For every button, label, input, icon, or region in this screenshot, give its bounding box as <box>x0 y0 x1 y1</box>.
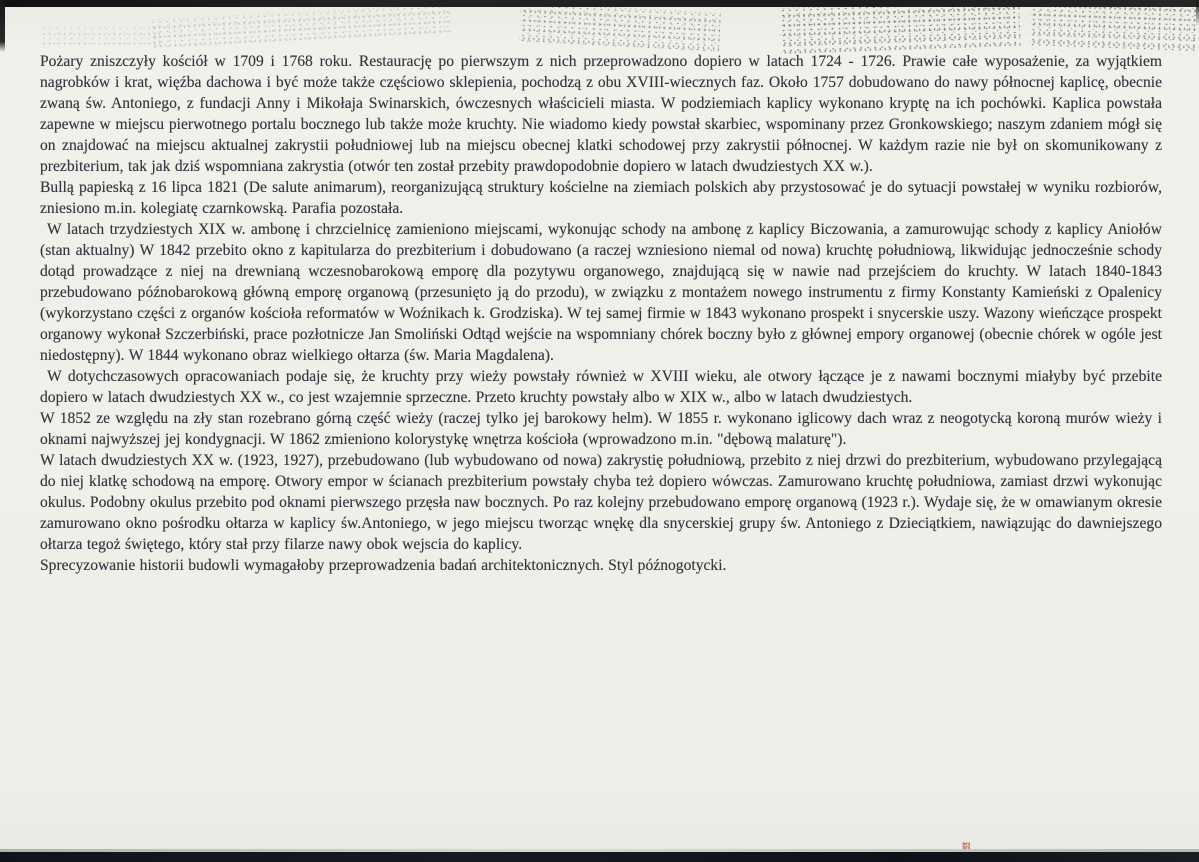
document-text: Pożary zniszczyły kościół w 1709 i 1768 … <box>40 51 1162 576</box>
paragraph-papal-bull: Bullą papieską z 16 lipca 1821 (De salut… <box>40 177 1162 219</box>
paragraph-conclusion: Sprecyzowanie historii budowli wymagałob… <box>40 555 1162 576</box>
scan-edge-bottom <box>0 852 1199 862</box>
scan-speck <box>962 842 970 849</box>
scanned-document-page: Pożary zniszczyły kościół w 1709 i 1768 … <box>0 0 1199 862</box>
scan-noise-patch <box>40 26 160 46</box>
paragraph-1920s-works: W latach dwudziestych XX w. (1923, 1927)… <box>40 450 1162 555</box>
scan-noise-patch <box>779 0 1020 54</box>
scan-edge-left <box>0 0 5 52</box>
paragraph-fires-restoration: Pożary zniszczyły kościół w 1709 i 1768 … <box>40 51 1162 177</box>
scan-noise-patch <box>1029 0 1199 55</box>
paragraph-tower-1852: W 1852 ze względu na zły stan rozebrano … <box>40 408 1162 450</box>
scan-noise-patch <box>519 3 721 53</box>
paragraph-19th-century-works: W latach trzydziestych XIX w. ambonę i c… <box>40 219 1162 366</box>
scan-noise-patch <box>149 4 450 48</box>
paragraph-porches-dating: W dotychczasowych opracowaniach podaje s… <box>40 366 1162 408</box>
